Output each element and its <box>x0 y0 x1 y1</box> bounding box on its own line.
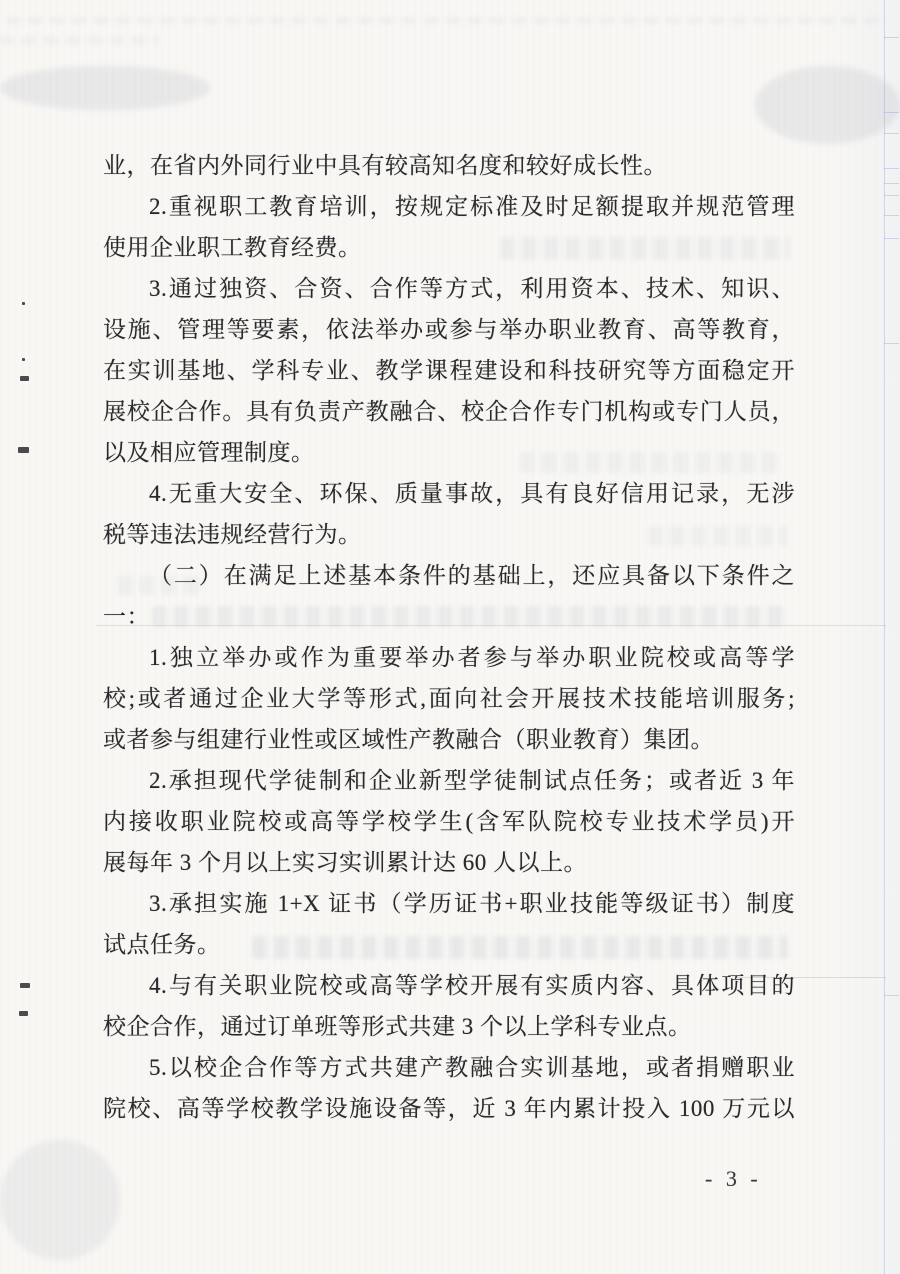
text-line: 2.重视职工教育培训，按规定标准及时足额提取并规范管理 <box>103 186 795 227</box>
bleed-rule-tick <box>884 37 899 38</box>
text-line: 一： <box>103 596 795 637</box>
ink-speck <box>22 358 25 361</box>
text-line: 设施、管理等要素，依法举办或参与举办职业教育、高等教育， <box>103 309 795 350</box>
text-line: 3.承担实施 1+X 证书（学历证书+职业技能等级证书）制度 <box>103 883 795 924</box>
bleed-rule-tick <box>884 195 899 196</box>
text-line: 内接收职业院校或高等学校学生(含军队院校专业技术学员)开 <box>103 801 795 842</box>
text-line: 院校、高等学校教学设施设备等，近 3 年内累计投入 100 万元以 <box>103 1088 795 1129</box>
bleed-rule-tick <box>884 995 899 996</box>
bleed-rule-tick <box>884 183 899 184</box>
text-line: 税等违法违规经营行为。 <box>103 514 795 555</box>
text-line: 4.与有关职业院校或高等学校开展有实质内容、具体项目的 <box>103 965 795 1006</box>
bleed-through-artifact <box>0 1140 120 1260</box>
ink-speck <box>20 983 30 988</box>
bleed-through-artifact <box>0 66 210 110</box>
text-line: 或者参与组建行业性或区域性产教融合（职业教育）集团。 <box>103 719 795 760</box>
text-line: 2.承担现代学徒制和企业新型学徒制试点任务；或者近 3 年 <box>103 760 795 801</box>
text-line: 校;或者通过企业大学等形式,面向社会开展技术技能培训服务; <box>103 678 795 719</box>
ink-speck <box>18 447 29 453</box>
text-line: 以及相应管理制度。 <box>103 432 795 473</box>
text-line: 试点任务。 <box>103 924 795 965</box>
bleed-vertical-rule <box>884 0 885 1274</box>
bleed-rule-tick <box>884 215 899 216</box>
bleed-through-artifact <box>0 36 160 45</box>
text-line: 在实训基地、学科专业、教学课程建设和科技研究等方面稳定开 <box>103 350 795 391</box>
bleed-rule-tick <box>884 343 899 344</box>
bleed-rule-tick <box>884 168 899 169</box>
bleed-rule-tick <box>884 238 899 239</box>
text-line: 1.独立举办或作为重要举办者参与举办职业院校或高等学 <box>103 637 795 678</box>
ink-speck <box>20 376 29 381</box>
text-line: 校企合作，通过订单班等形式共建 3 个以上学科专业点。 <box>103 1006 795 1047</box>
text-line: 展每年 3 个月以上实习实训累计达 60 人以上。 <box>103 842 795 883</box>
text-line: 5.以校企合作等方式共建产教融合实训基地，或者捐赠职业 <box>103 1047 795 1088</box>
ink-speck <box>19 1011 28 1016</box>
bleed-through-artifact <box>6 17 886 24</box>
page-number: - 3 - <box>705 1166 762 1192</box>
text-line: 4.无重大安全、环保、质量事故，具有良好信用记录，无涉 <box>103 473 795 514</box>
document-text-block: 业，在省内外同行业中具有较高知名度和较好成长性。 2.重视职工教育培训，按规定标… <box>103 145 795 1129</box>
bleed-rule-tick <box>884 133 899 134</box>
text-line: 业，在省内外同行业中具有较高知名度和较好成长性。 <box>103 145 795 186</box>
document-page: 业，在省内外同行业中具有较高知名度和较好成长性。 2.重视职工教育培训，按规定标… <box>0 0 900 1274</box>
text-line: 使用企业职工教育经费。 <box>103 227 795 268</box>
text-line: 展校企合作。具有负责产教融合、校企合作专门机构或专门人员， <box>103 391 795 432</box>
text-line: （二）在满足上述基本条件的基础上，还应具备以下条件之 <box>103 555 795 596</box>
text-line: 3.通过独资、合资、合作等方式，利用资本、技术、知识、 <box>103 268 795 309</box>
ink-speck <box>22 302 25 305</box>
bleed-through-artifact <box>755 66 900 144</box>
